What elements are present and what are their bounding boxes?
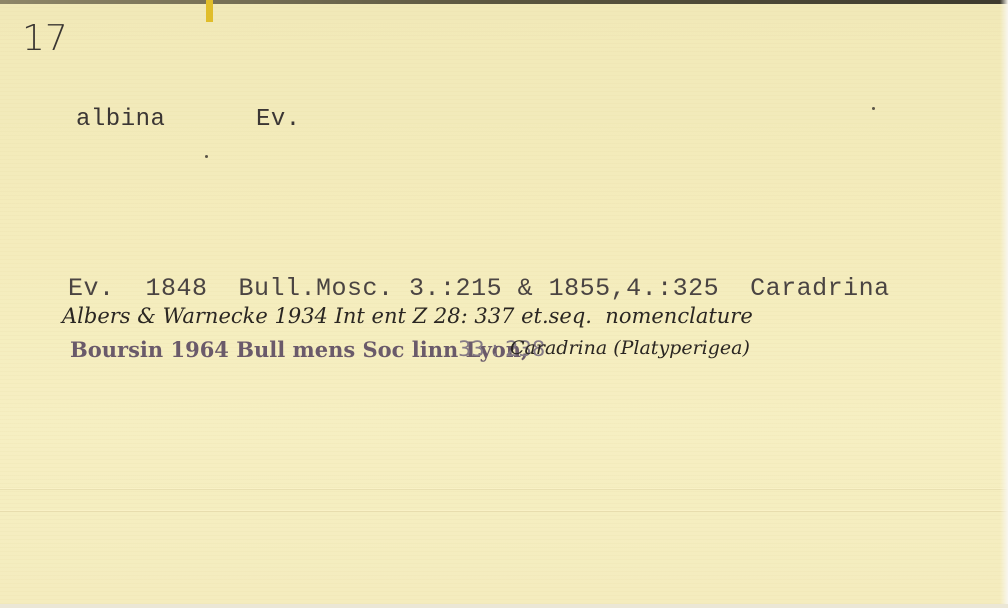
ink-speck <box>872 107 875 110</box>
yellow-tab-marker <box>206 0 213 22</box>
card-top-edge <box>0 0 1008 4</box>
index-card: 17 albina Ev. Ev. 1848 Bull.Mosc. 3.:215… <box>0 0 1008 608</box>
card-number: 17 <box>22 18 68 59</box>
species-author: Ev. <box>256 106 301 133</box>
typed-reference-line: Ev. 1848 Bull.Mosc. 3.:215 & 1855,4.:325… <box>68 274 890 303</box>
card-ruled-line <box>0 510 1008 511</box>
ink-speck <box>205 155 208 158</box>
card-ruled-line <box>0 488 1008 489</box>
card-right-edge <box>1000 0 1008 608</box>
card-bottom-edge <box>0 604 1008 608</box>
species-name: albina <box>76 106 165 133</box>
handwritten-reference-line: Albers & Warnecke 1934 Int ent Z 28: 337… <box>62 304 753 328</box>
handwritten-genus-note: Caradrina (Platyperigea) <box>510 337 750 359</box>
